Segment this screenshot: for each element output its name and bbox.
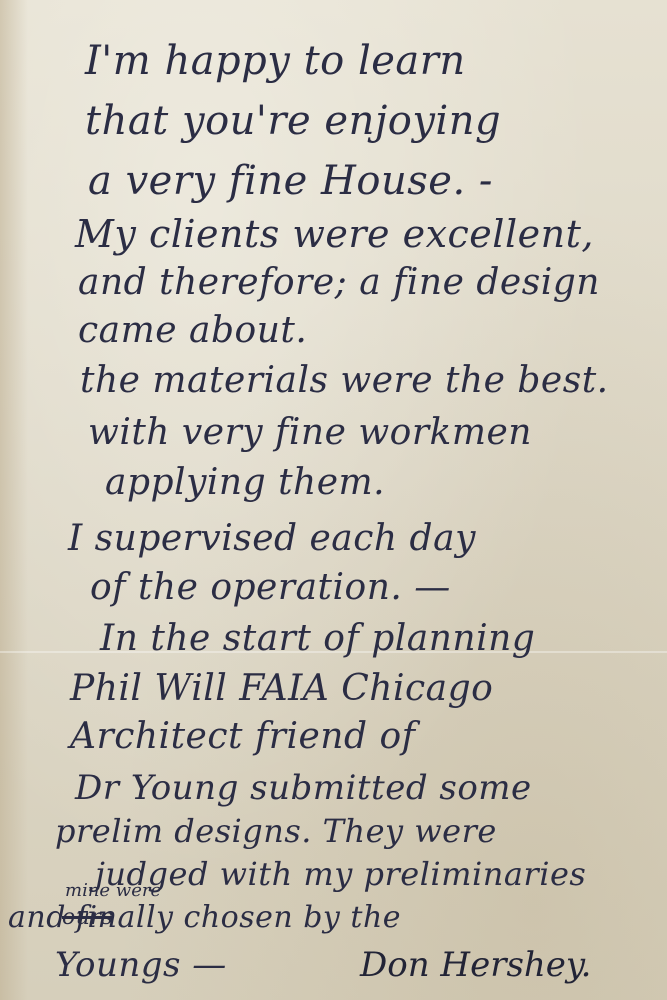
signature: Don Hershey. xyxy=(360,945,591,985)
struck-word: ours xyxy=(62,905,113,930)
letter-line: judged with my preliminaries xyxy=(95,855,586,893)
letter-line: My clients were excellent, xyxy=(75,212,594,256)
letter-line: a very fine House. - xyxy=(88,158,493,204)
letter-line: and therefore; a fine design xyxy=(78,262,600,303)
letter-line: Architect friend of xyxy=(70,716,415,757)
letter-line: the materials were the best. xyxy=(80,360,609,401)
inserted-correction: mine were xyxy=(65,880,161,901)
letter-line: applying them. xyxy=(105,462,385,503)
letter-line: of the operation. — xyxy=(90,567,451,608)
letter-line: I supervised each day xyxy=(68,518,476,559)
letter-line: Youngs — xyxy=(55,945,227,985)
letter-line: I'm happy to learn xyxy=(85,38,466,84)
letter-line: came about. xyxy=(78,310,307,351)
paper-edge-shadow xyxy=(0,0,28,1000)
letter-page: I'm happy to learn that you're enjoying … xyxy=(0,0,667,1000)
letter-line: In the start of planning xyxy=(100,618,535,659)
letter-line: Phil Will FAIA Chicago xyxy=(70,668,493,709)
letter-line: with very fine workmen xyxy=(88,412,532,453)
letter-line: prelim designs. They were xyxy=(55,812,497,850)
letter-line: that you're enjoying xyxy=(85,98,501,144)
letter-line: Dr Young submitted some xyxy=(75,768,532,808)
